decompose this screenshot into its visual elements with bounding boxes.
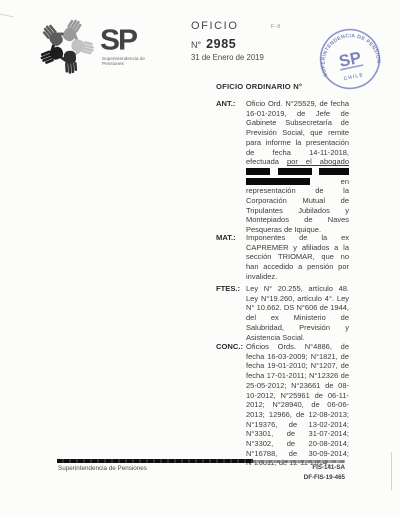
logo-monogram: SP [100, 25, 136, 57]
doc-date: 31 de Enero de 2019 [191, 53, 264, 62]
ant-text-after: en representación de la Corporación Mutu… [246, 177, 349, 235]
section-ftes-label: FTES.: [216, 284, 240, 293]
section-ant-label: ANT.: [216, 99, 235, 108]
section-ant-text: Oficio Ord. N°25529, de fecha 16-01-2019… [246, 99, 349, 235]
section-mat-label: MAT.: [216, 233, 236, 242]
number-value: 2985 [206, 37, 236, 51]
oficio-ordinario-heading: OFICIO ORDINARIO N° [216, 82, 302, 91]
ant-text-before: Oficio Ord. N°25529, de fecha 16-01-2019… [246, 99, 349, 166]
redaction-box [246, 178, 310, 185]
section-mat-text: Imponentes de la ex CAPREMER y afiliados… [246, 233, 349, 282]
section-conc-label: CONC.: [216, 342, 243, 351]
sp-hands-logo-icon [33, 15, 99, 77]
scan-artifact-edge [391, 452, 392, 490]
ink-stamp: SUPERINTENDENCIA DE PENSIONES SP CHILE [304, 13, 397, 106]
footer-code-1: FIS-141-SA [255, 463, 345, 473]
section-ftes-text: Ley N° 20.255, artículo 48. Ley N°19.260… [246, 284, 349, 342]
scan-artifact-corner [0, 14, 14, 18]
pencil-annotation: F-9 [271, 24, 281, 30]
stamp-country: CHILE [343, 72, 364, 82]
redaction-box [319, 168, 349, 175]
number-prefix: N° [191, 40, 201, 50]
redaction-box [246, 168, 270, 175]
footer-codes: FIS-141-SA DF-FIS-19-465 [255, 463, 345, 483]
section-conc-text: Oficios Ords. N°4886, de fecha 16-03-200… [246, 342, 349, 468]
footer-code-2: DF-FIS-19-465 [255, 473, 345, 483]
logo-caption: Superintendencia de Pensiones [102, 56, 150, 67]
footer-institution: Superintendencia de Pensiones [58, 465, 147, 472]
doc-type-title: OFICIO [191, 20, 239, 32]
ant-underlined-phrase: por el abogado [287, 157, 349, 166]
redaction-box [278, 168, 312, 175]
oficio-number: N°2985 [191, 35, 236, 53]
footer-rule [57, 459, 253, 463]
